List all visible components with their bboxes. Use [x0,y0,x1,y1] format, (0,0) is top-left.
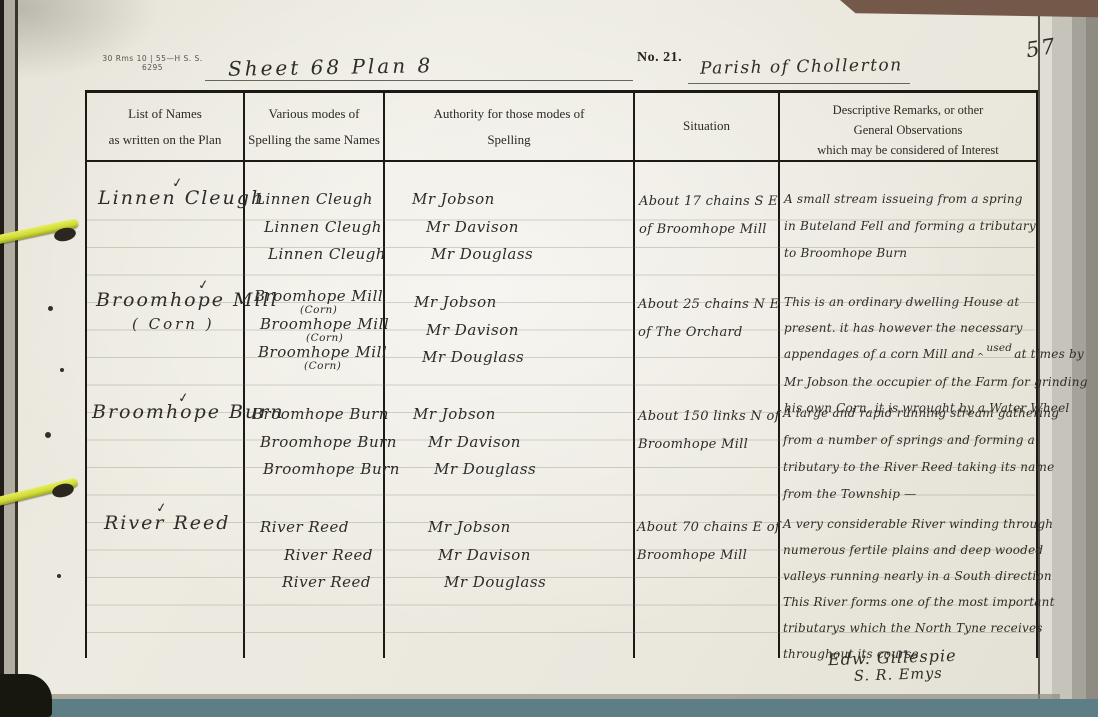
page-number-label: No. 21. [637,50,682,66]
situation-line: Broomhope Mill [637,542,780,570]
remark-line: A very considerable River winding throug… [783,511,1055,537]
spelling-qualifier: (Corn) [304,360,389,372]
book-binding-edge [0,0,18,717]
authority-entry: Mr Jobson [413,401,536,429]
authority-entry: Mr Davison [438,542,546,570]
column-header-authority: Authority for those modes of Spelling [388,101,630,153]
authority-entry: Mr Davison [426,317,524,345]
remark-line: in Buteland Fell and forming a tributary [784,213,1036,240]
row1-remarks: A small stream issueing from a spring in… [784,186,1036,267]
table-header-underline [85,160,1036,162]
header-line: which may be considered of Interest [782,140,1034,160]
remark-line: to Broomhope Burn [784,240,1036,267]
spelling-text: Broomhope Mill [258,345,389,360]
spelling-entry: Linnen Cleugh [264,214,386,242]
remark-line: numerous fertile plains and deep wooded [783,537,1055,563]
spelling-entry: Linnen Cleugh [255,186,386,214]
printer-stamp-line1: 30 Rms 10 | 55—H S. S. [95,54,210,63]
row2-situation: About 25 chains N E of The Orchard [638,291,779,346]
header-line: Authority for those modes of [388,101,630,127]
authority-entry: Mr Douglass [444,569,546,597]
surveyor-signatures: Edw. Gillespie S. R. Emys [828,648,957,683]
row4-spellings: River Reed River Reed River Reed [260,514,373,597]
printer-stamp: 30 Rms 10 | 55—H S. S. 6295 [95,54,210,72]
row4-situation: About 70 chains E of Broomhope Mill [637,514,780,569]
ink-blot [57,574,61,578]
spelling-entry: Broomhope Mill (Corn) [258,345,389,372]
column-header-situation: Situation [638,113,775,139]
remark-line: from a number of springs and forming a [783,427,1059,454]
spelling-entry: Broomhope Mill (Corn) [260,317,389,344]
row1-spellings: Linnen Cleugh Linnen Cleugh Linnen Cleug… [255,186,386,269]
header-line: Spelling the same Names [248,127,380,153]
row4-remarks: A very considerable River winding throug… [783,511,1055,667]
name-book-page-scan: 30 Rms 10 | 55—H S. S. 6295 Sheet 68 Pla… [0,0,1098,717]
spelling-entry: River Reed [284,542,373,570]
authority-entry: Mr Davison [428,429,536,457]
header-line: Various modes of [248,101,380,127]
spelling-entry: River Reed [260,514,373,542]
ink-blot [60,368,64,372]
situation-line: of Broomhope Mill [639,216,778,244]
column-header-spellings: Various modes of Spelling the same Names [248,101,380,153]
authority-entry: Mr Davison [426,214,533,242]
spelling-entry: Broomhope Mill (Corn) [254,289,389,316]
row3-situation: About 150 links N of Broomhope Mill [638,403,780,458]
header-line: Descriptive Remarks, or other [782,100,1034,120]
row3-spellings: Broomhope Burn Broomhope Burn Broomhope … [252,401,400,484]
authority-entry: Mr Douglass [422,344,524,372]
remark-line: A large and rapid running stream gatheri… [783,400,1059,427]
situation-line: of The Orchard [638,319,779,347]
situation-line: About 150 links N of [638,403,780,431]
authority-entry: Mr Douglass [431,241,533,269]
printer-stamp-line2: 6295 [95,63,210,72]
spelling-entry: Broomhope Burn [260,429,400,457]
remark-line: tributarys which the North Tyne receives [783,615,1055,641]
column-header-remarks: Descriptive Remarks, or other General Ob… [782,100,1034,160]
caret-mark: ^ [977,353,985,363]
row1-situation: About 17 chains S E of Broomhope Mill [639,188,778,243]
remark-line: This River forms one of the most importa… [783,589,1055,615]
authority-entry: Mr Jobson [428,514,546,542]
header-line: as written on the Plan [90,127,240,153]
situation-line: About 17 chains S E [639,188,778,216]
scan-dark-corner [0,674,52,717]
table-top-border [85,90,1038,93]
row3-remarks: A large and rapid running stream gatheri… [783,400,1059,508]
row3-authorities: Mr Jobson Mr Davison Mr Douglass [413,401,536,484]
book-cover-bottom [0,699,1098,717]
header-line: General Observations [782,120,1034,140]
row1-authorities: Mr Jobson Mr Davison Mr Douglass [412,186,533,269]
folio-number: 57 [1024,34,1058,63]
remark-text: appendages of a corn Mill and [784,347,975,361]
sheet-underline [205,80,633,81]
row2-spellings: Broomhope Mill (Corn) Broomhope Mill (Co… [254,289,389,373]
row4-name: River Reed [104,512,230,534]
row2-name-qualifier: ( Corn ) [132,315,215,333]
remark-line: from the Township — [783,481,1059,508]
spelling-entry: Broomhope Burn [252,401,400,429]
remark-line: Mr Jobson the occupier of the Farm for g… [784,369,1088,395]
row4-authorities: Mr Jobson Mr Davison Mr Douglass [428,514,546,597]
row1-name: Linnen Cleugh [98,187,265,209]
header-line: Situation [638,113,775,139]
remark-line: A small stream issueing from a spring [784,186,1036,213]
ink-blot [48,306,53,311]
signature-2: S. R. Emys [854,665,957,685]
header-line: List of Names [90,101,240,127]
remark-line: present. it has however the necessary [784,315,1088,341]
authority-entry: Mr Jobson [414,289,524,317]
inserted-word: used [986,342,1012,354]
spelling-entry: Broomhope Burn [263,456,400,484]
sheet-plan-label: Sheet 68 Plan 8 [228,53,434,81]
remark-line: This is an ordinary dwelling House at [784,289,1088,315]
row2-name: Broomhope Mill [96,289,279,311]
ink-blot [45,432,51,438]
spelling-entry: Linnen Cleugh [268,241,386,269]
situation-line: Broomhope Mill [638,431,780,459]
authority-entry: Mr Douglass [434,456,536,484]
remark-text: at times by [1014,347,1084,361]
parish-label: Parish of Chollerton [700,55,903,79]
header-line: Spelling [388,127,630,153]
spelling-entry: River Reed [282,569,373,597]
remark-line: tributary to the River Reed taking its n… [783,454,1059,481]
row2-authorities: Mr Jobson Mr Davison Mr Douglass [414,289,524,372]
authority-entry: Mr Jobson [412,186,533,214]
situation-line: About 70 chains E of [637,514,780,542]
remark-line: valleys running nearly in a South direct… [783,563,1055,589]
spelling-text: Broomhope Mill [260,317,389,332]
parish-underline [688,83,910,84]
situation-line: About 25 chains N E [638,291,779,319]
remark-line: appendages of a corn Mill and^usedat tim… [784,341,1088,369]
column-header-names: List of Names as written on the Plan [90,101,240,153]
spelling-text: Broomhope Mill [254,289,389,304]
